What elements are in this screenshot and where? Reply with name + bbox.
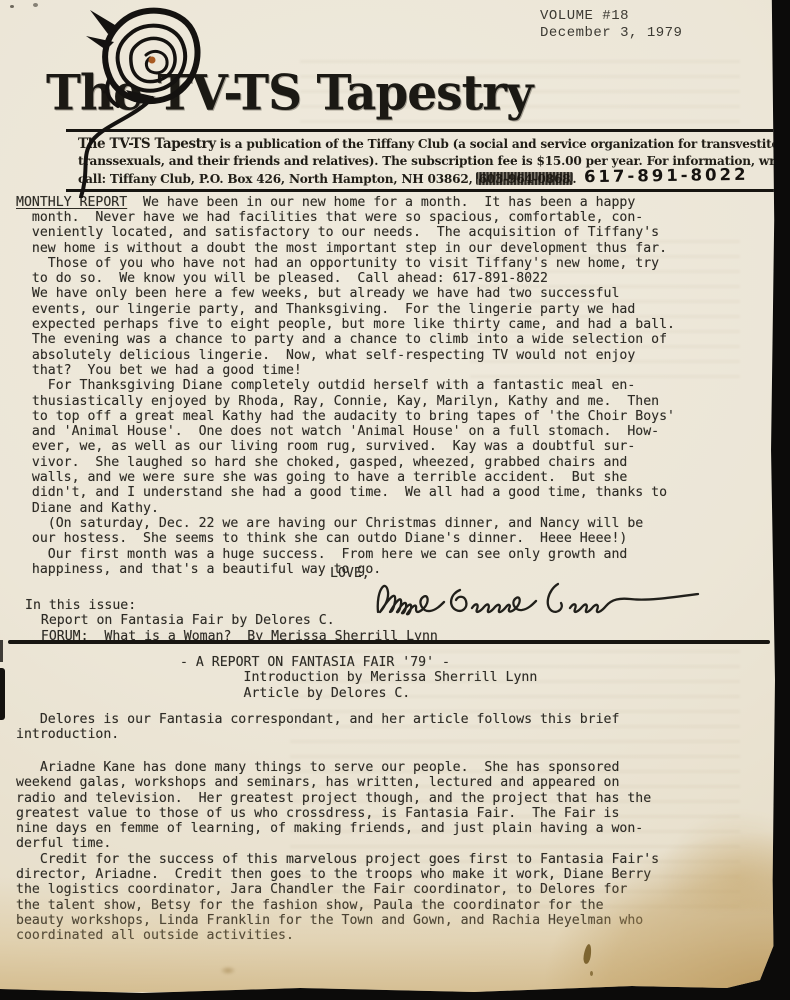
section-divider: [8, 640, 770, 644]
handwritten-phone: 617-891-8022: [584, 166, 749, 185]
ink-drip: [582, 944, 592, 965]
rose-illustration: [34, 0, 224, 198]
closing-love: LOVE,: [330, 566, 370, 581]
small-stain-spot: [220, 966, 236, 975]
fantasia-report-intro: Delores is our Fantasia correspondant, a…: [16, 712, 619, 743]
edge-stain: [648, 800, 778, 910]
ink-drip-dot: [590, 971, 593, 976]
left-edge-scan-mark: [0, 668, 5, 720]
fantasia-report-article: Ariadne Kane has done many things to ser…: [16, 760, 659, 944]
monthly-report-text: month. Never have we had facilities that…: [16, 210, 675, 577]
old-phone-struck-out: 603-964-0868: [477, 171, 573, 188]
newsletter-page: VOLUME #18 December 3, 1979 The TV-TS Ta…: [0, 0, 790, 1000]
fantasia-report-heading: - A REPORT ON FANTASIA FAIR '79' - Intro…: [180, 655, 537, 701]
ink-speck: [10, 5, 14, 8]
strikethrough-scribble: [476, 172, 574, 186]
rose-center-dot: [149, 57, 156, 64]
left-edge-scan-mark: [0, 640, 3, 662]
scan-background: { "colors":{ "paper":"#ece6d7", "ink":"#…: [0, 0, 790, 1000]
in-this-issue-list: In this issue: Report on Fantasia Fair b…: [25, 598, 438, 644]
volume-date: VOLUME #18 December 3, 1979: [540, 8, 682, 42]
